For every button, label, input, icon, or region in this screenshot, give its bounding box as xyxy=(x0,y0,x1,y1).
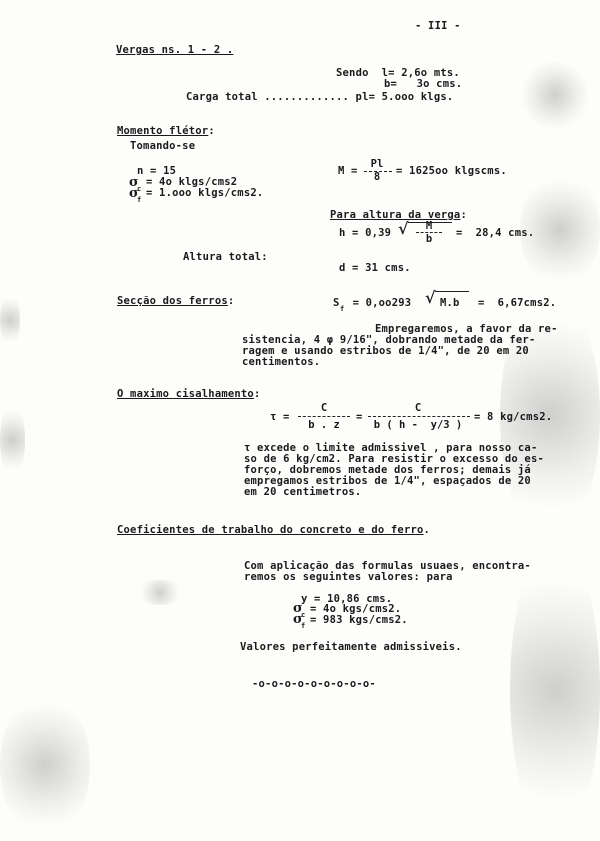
radical-bar xyxy=(435,291,469,292)
paper-stain xyxy=(0,690,90,840)
page-number: - III - xyxy=(415,21,461,32)
fraction-bar xyxy=(298,416,350,417)
given-width: b= 3o cms. xyxy=(384,79,462,90)
total-height-label: Altura total: xyxy=(183,252,268,263)
paper-stain xyxy=(0,290,20,350)
taking-label: Tomando-se xyxy=(130,141,195,152)
paper-stain xyxy=(510,540,600,840)
coefficients-heading: Coeficientes de trabalho do concreto e d… xyxy=(117,518,430,537)
paper-stain xyxy=(520,60,590,130)
conclusion: Valores perfeitamente admissiveis. xyxy=(240,642,462,653)
shear-heading: O maximo cisalhamento: xyxy=(117,382,260,401)
separator: -o-o-o-o-o-o-o-o-o- xyxy=(252,679,376,690)
total-height-value: d = 31 cms. xyxy=(339,263,411,274)
moment-heading: Momento flétor: xyxy=(117,119,215,138)
sigma-f-result: = 983 kgs/cms2. xyxy=(310,615,408,626)
sigma-subscript: f xyxy=(301,621,305,632)
sqrt-icon: √ xyxy=(425,288,436,307)
given-load: Carga total ............. pl= 5.ooo klgs… xyxy=(186,92,453,103)
section-title: Vergas ns. 1 - 2 . xyxy=(116,45,233,56)
paper-stain xyxy=(135,580,185,605)
paper-stain xyxy=(0,400,25,480)
sigma-f-value: = 1.ooo klgs/cms2. xyxy=(146,188,263,199)
fraction-bar xyxy=(368,416,470,417)
steel-heading: Secção dos ferros: xyxy=(117,289,234,308)
sigma-subscript: f xyxy=(137,195,141,206)
sqrt-icon: √ xyxy=(398,219,409,238)
